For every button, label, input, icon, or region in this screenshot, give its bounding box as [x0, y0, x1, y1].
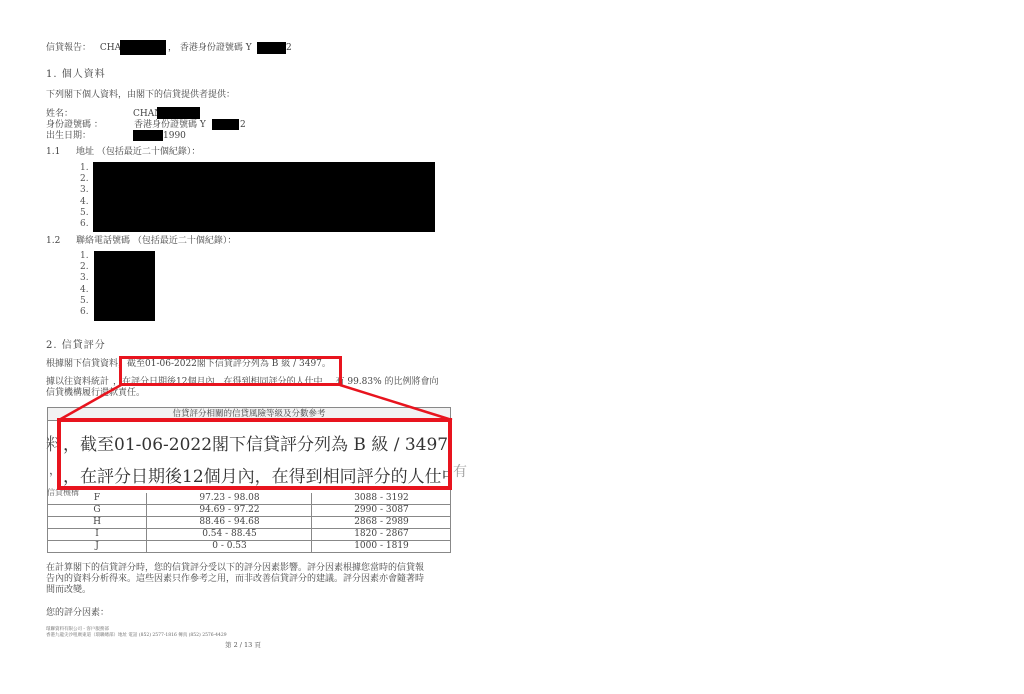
explanation-line-2: 告內的資料分析得來。這些因素只作參考之用，而非改善信貸評分的建議。評分因素亦會隨…: [46, 574, 424, 585]
callout-line1: ，截至01-06-2022閣下信貸評分列為 B 級 / 3497。: [63, 430, 452, 455]
bg-fragment-right: 有: [453, 461, 467, 481]
callout-line2: ，在評分日期後12個月內，在得到相同評分的人仕中，: [63, 462, 452, 487]
explanation-line-1: 在計算閣下的信貸評分時，您的信貸評分受以下的評分因素影響。評分因素根據您當時的信…: [46, 563, 424, 574]
explanation-line-3: 間而改變。: [46, 585, 424, 596]
page-number: 第 2 / 13 頁: [225, 640, 261, 649]
magnified-callout: ，截至01-06-2022閣下信貸評分列為 B 級 / 3497。 ，在評分日期…: [57, 418, 452, 490]
footer-address: 香港九龍尖沙咀廣東道（環聯總部）地址 電話 (852) 2577-1816 傳真…: [46, 633, 227, 639]
score-factors-label: 您的評分因素：: [46, 608, 109, 619]
footer: 環聯資料有限公司 - 客戶服務部 香港九龍尖沙咀廣東道（環聯總部）地址 電話 (…: [46, 627, 227, 639]
score-explanation: 在計算閣下的信貸評分時，您的信貸評分受以下的評分因素影響。評分因素根據您當時的信…: [46, 563, 424, 596]
